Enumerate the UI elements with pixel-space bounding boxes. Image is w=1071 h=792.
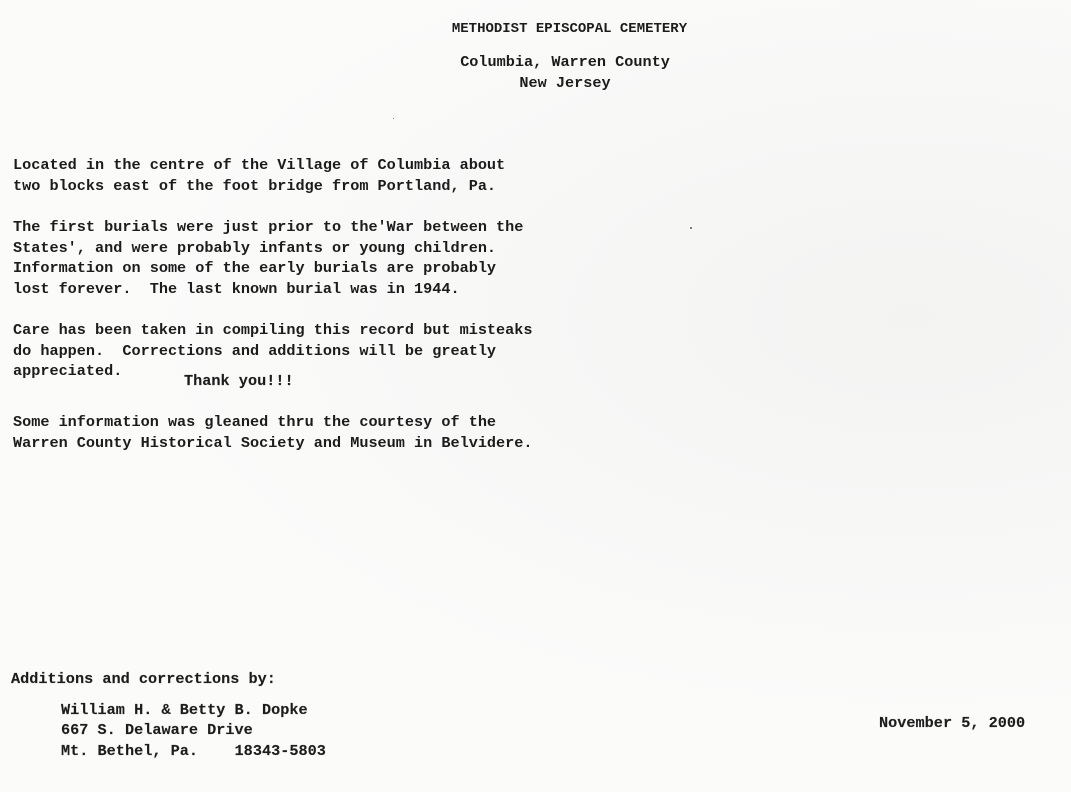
- credit-label: Additions and corrections by:: [11, 669, 276, 690]
- text-line: Located in the centre of the Village of …: [13, 155, 505, 176]
- credit-city: Mt. Bethel, Pa. 18343-5803: [61, 741, 326, 762]
- paper-speck: [690, 227, 692, 229]
- text-line: lost forever. The last known burial was …: [13, 279, 523, 300]
- paragraph-location: Located in the centre of the Village of …: [13, 155, 505, 196]
- credit-street: 667 S. Delaware Drive: [61, 720, 253, 741]
- text-line: The first burials were just prior to the…: [13, 217, 523, 238]
- location-line-2: New Jersey: [0, 73, 1071, 94]
- paragraph-burials: The first burials were just prior to the…: [13, 217, 523, 299]
- paper-speck: [393, 118, 394, 119]
- document-title: METHODIST EPISCOPAL CEMETERY: [0, 21, 1071, 37]
- text-line: Some information was gleaned thru the co…: [13, 412, 533, 433]
- thank-you-text: Thank you!!!: [184, 371, 294, 392]
- text-line: two blocks east of the foot bridge from …: [13, 176, 505, 197]
- text-line: Information on some of the early burials…: [13, 258, 523, 279]
- text-line: States', and were probably infants or yo…: [13, 238, 523, 259]
- document-page: METHODIST EPISCOPAL CEMETERY Columbia, W…: [0, 0, 1071, 792]
- location-line-1: Columbia, Warren County: [0, 52, 1071, 73]
- paragraph-sources: Some information was gleaned thru the co…: [13, 412, 533, 453]
- text-line: do happen. Corrections and additions wil…: [13, 341, 533, 362]
- credit-names: William H. & Betty B. Dopke: [61, 700, 308, 721]
- document-date: November 5, 2000: [879, 713, 1025, 734]
- text-line: Care has been taken in compiling this re…: [13, 320, 533, 341]
- text-line: Warren County Historical Society and Mus…: [13, 433, 533, 454]
